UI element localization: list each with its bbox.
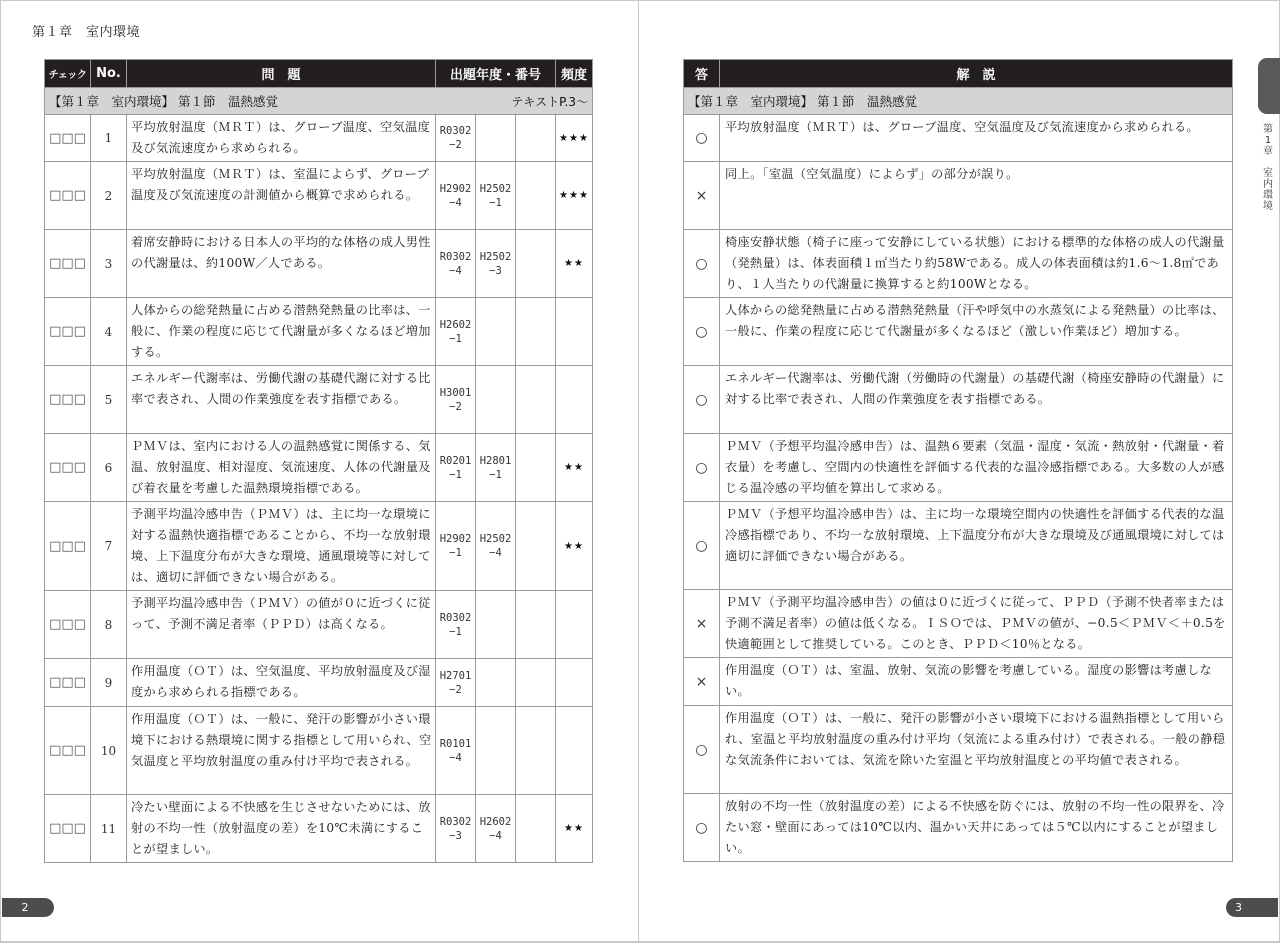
question-text: 作用温度（ＯＴ）は、一般に、発汗の影響が小さい環境下における熱環境に関する指標と… bbox=[127, 707, 436, 795]
question-number: 11 bbox=[91, 795, 127, 863]
header-year: 出題年度・番号 bbox=[436, 60, 556, 88]
question-text: 着席安静時における日本人の平均的な体格の成人男性の代謝量は、約100W／人である… bbox=[127, 230, 436, 298]
frequency-stars bbox=[556, 707, 593, 795]
question-row: □□□1平均放射温度（ＭＲＴ）は、グローブ温度、空気温度及び気流速度から求められ… bbox=[45, 115, 593, 162]
question-text: 作用温度（ＯＴ）は、空気温度、平均放射温度及び湿度から求められる指標である。 bbox=[127, 659, 436, 707]
answer-mark: ○ bbox=[684, 794, 720, 862]
question-row: □□□5エネルギー代謝率は、労働代謝の基礎代謝に対する比率で表され、人間の作業強… bbox=[45, 366, 593, 434]
exam-year-code bbox=[516, 162, 556, 230]
question-row: □□□2平均放射温度（ＭＲＴ）は、室温によらず、グローブ温度及び気流速度の計測値… bbox=[45, 162, 593, 230]
answer-mark: × bbox=[684, 162, 720, 230]
exam-year-code: H2701−2 bbox=[436, 659, 476, 707]
exam-year-code: H3001−2 bbox=[436, 366, 476, 434]
exam-year-code: H2502−1 bbox=[476, 162, 516, 230]
question-row: □□□9作用温度（ＯＴ）は、空気温度、平均放射温度及び湿度から求められる指標であ… bbox=[45, 659, 593, 707]
section-row: 【第１章 室内環境】 第１節 温熱感覚 テキストP.3～ bbox=[45, 88, 593, 115]
exam-year-code: H2902−4 bbox=[436, 162, 476, 230]
exam-year-code: R0302−2 bbox=[436, 115, 476, 162]
chapter-index-char bbox=[1260, 157, 1276, 168]
explanation-text: エネルギー代謝率は、労働代謝（労働時の代謝量）の基礎代謝（椅座安静時の代謝量）に… bbox=[720, 366, 1233, 434]
explanation-text: 作用温度（ＯＴ）は、一般に、発汗の影響が小さい環境下における温熱指標として用いら… bbox=[720, 706, 1233, 794]
question-number: 3 bbox=[91, 230, 127, 298]
chapter-index-char: 第 bbox=[1260, 124, 1276, 135]
review-checkboxes[interactable]: □□□ bbox=[45, 502, 91, 591]
answer-row: ○作用温度（ＯＴ）は、一般に、発汗の影響が小さい環境下における温熱指標として用い… bbox=[684, 706, 1233, 794]
question-number: 4 bbox=[91, 298, 127, 366]
question-table: チェック No. 問 題 出題年度・番号 頻度 【第１章 室内環境】 第１節 温… bbox=[44, 59, 593, 863]
section-row: 【第１章 室内環境】 第１節 温熱感覚 bbox=[684, 88, 1233, 115]
answer-row: ○椅座安静状態（椅子に座って安静にしている状態）における標準的な体格の成人の代謝… bbox=[684, 230, 1233, 298]
section-title: 【第１章 室内環境】 第１節 温熱感覚 bbox=[49, 92, 278, 110]
exam-year-code: R0101−4 bbox=[436, 707, 476, 795]
answer-row: ×ＰＭＶ（予測平均温冷感申告）の値は０に近づくに従って、ＰＰＤ（予測不快者率また… bbox=[684, 590, 1233, 658]
question-row: □□□10作用温度（ＯＴ）は、一般に、発汗の影響が小さい環境下における熱環境に関… bbox=[45, 707, 593, 795]
text-reference: テキストP.3～ bbox=[511, 93, 588, 110]
answer-mark: ○ bbox=[684, 706, 720, 794]
exam-year-code bbox=[516, 502, 556, 591]
explanation-text: 椅座安静状態（椅子に座って安静にしている状態）における標準的な体格の成人の代謝量… bbox=[720, 230, 1233, 298]
exam-year-code: H2602−4 bbox=[476, 795, 516, 863]
question-number: 6 bbox=[91, 434, 127, 502]
question-row: □□□7予測平均温冷感申告（ＰＭＶ）は、主に均一な環境に対する温熱快適指標である… bbox=[45, 502, 593, 591]
answer-mark: ○ bbox=[684, 434, 720, 502]
chapter-index-char: 章 bbox=[1260, 146, 1276, 157]
header-no: No. bbox=[91, 60, 127, 88]
question-number: 10 bbox=[91, 707, 127, 795]
frequency-stars bbox=[556, 298, 593, 366]
exam-year-code bbox=[516, 298, 556, 366]
frequency-stars: ★★★ bbox=[556, 162, 593, 230]
exam-year-code bbox=[516, 434, 556, 502]
explanation-text: ＰＭＶ（予想平均温冷感申告）は、温熱６要素（気温・湿度・気流・熱放射・代謝量・着… bbox=[720, 434, 1233, 502]
exam-year-code: H2902−1 bbox=[436, 502, 476, 591]
frequency-stars bbox=[556, 659, 593, 707]
exam-year-code bbox=[516, 591, 556, 659]
answer-table-header: 答 解 説 bbox=[684, 60, 1233, 88]
question-text: 人体からの総発熱量に占める潜熱発熱量の比率は、一般に、作業の程度に応じて代謝量が… bbox=[127, 298, 436, 366]
exam-year-code: R0302−4 bbox=[436, 230, 476, 298]
chapter-index-char: 室 bbox=[1260, 168, 1276, 179]
question-row: □□□8予測平均温冷感申告（ＰＭＶ）の値が０に近づくに従って、予測不満足者率（Ｐ… bbox=[45, 591, 593, 659]
section-title: 【第１章 室内環境】 第１節 温熱感覚 bbox=[688, 92, 917, 110]
frequency-stars: ★★ bbox=[556, 502, 593, 591]
exam-year-code bbox=[476, 591, 516, 659]
review-checkboxes[interactable]: □□□ bbox=[45, 230, 91, 298]
exam-year-code: H2801−1 bbox=[476, 434, 516, 502]
question-row: □□□3着席安静時における日本人の平均的な体格の成人男性の代謝量は、約100W／… bbox=[45, 230, 593, 298]
frequency-stars: ★★ bbox=[556, 434, 593, 502]
question-text: 予測平均温冷感申告（ＰＭＶ）は、主に均一な環境に対する温熱快適指標であることから… bbox=[127, 502, 436, 591]
header-explanation: 解 説 bbox=[720, 60, 1233, 88]
answer-row: ×作用温度（ＯＴ）は、室温、放射、気流の影響を考慮している。湿度の影響は考慮しな… bbox=[684, 658, 1233, 706]
chapter-index-label: 第1章室内環境 bbox=[1260, 124, 1276, 212]
review-checkboxes[interactable]: □□□ bbox=[45, 591, 91, 659]
frequency-stars: ★★ bbox=[556, 795, 593, 863]
question-row: □□□4人体からの総発熱量に占める潜熱発熱量の比率は、一般に、作業の程度に応じて… bbox=[45, 298, 593, 366]
answer-row: ×同上。「室温（空気温度）によらず」の部分が誤り。 bbox=[684, 162, 1233, 230]
exam-year-code: R0302−1 bbox=[436, 591, 476, 659]
answer-row: ○平均放射温度（ＭＲＴ）は、グローブ温度、空気温度及び気流速度から求められる。 bbox=[684, 115, 1233, 162]
book-spine-divider bbox=[638, 0, 639, 943]
exam-year-code bbox=[476, 298, 516, 366]
exam-year-code bbox=[516, 230, 556, 298]
explanation-text: 作用温度（ＯＴ）は、室温、放射、気流の影響を考慮している。湿度の影響は考慮しない… bbox=[720, 658, 1233, 706]
header-check: チェック bbox=[45, 60, 91, 88]
answer-mark: ○ bbox=[684, 366, 720, 434]
exam-year-code bbox=[516, 795, 556, 863]
review-checkboxes[interactable]: □□□ bbox=[45, 659, 91, 707]
explanation-text: 人体からの総発熱量に占める潜熱発熱量（汗や呼気中の水蒸気による発熱量）の比率は、… bbox=[720, 298, 1233, 366]
answer-mark: ○ bbox=[684, 298, 720, 366]
frequency-stars: ★★ bbox=[556, 230, 593, 298]
question-row: □□□6ＰＭＶは、室内における人の温熱感覚に関係する、気温、放射温度、相対湿度、… bbox=[45, 434, 593, 502]
chapter-index-tab[interactable] bbox=[1258, 58, 1280, 114]
question-table-header: チェック No. 問 題 出題年度・番号 頻度 bbox=[45, 60, 593, 88]
frequency-stars bbox=[556, 366, 593, 434]
question-text: 冷たい壁面による不快感を生じさせないためには、放射の不均一性（放射温度の差）を1… bbox=[127, 795, 436, 863]
question-row: □□□11冷たい壁面による不快感を生じさせないためには、放射の不均一性（放射温度… bbox=[45, 795, 593, 863]
header-question: 問 題 bbox=[127, 60, 436, 88]
explanation-text: 同上。「室温（空気温度）によらず」の部分が誤り。 bbox=[720, 162, 1233, 230]
answer-row: ○ＰＭＶ（予想平均温冷感申告）は、温熱６要素（気温・湿度・気流・熱放射・代謝量・… bbox=[684, 434, 1233, 502]
question-number: 2 bbox=[91, 162, 127, 230]
exam-year-code: R0302−3 bbox=[436, 795, 476, 863]
answer-mark: ○ bbox=[684, 230, 720, 298]
explanation-text: ＰＭＶ（予測平均温冷感申告）の値は０に近づくに従って、ＰＰＤ（予測不快者率または… bbox=[720, 590, 1233, 658]
question-text: 平均放射温度（ＭＲＴ）は、室温によらず、グローブ温度及び気流速度の計測値から概算… bbox=[127, 162, 436, 230]
answer-row: ○エネルギー代謝率は、労働代謝（労働時の代謝量）の基礎代謝（椅座安静時の代謝量）… bbox=[684, 366, 1233, 434]
answer-row: ○ＰＭＶ（予想平均温冷感申告）は、主に均一な環境空間内の快適性を評価する代表的な… bbox=[684, 502, 1233, 590]
frequency-stars: ★★★ bbox=[556, 115, 593, 162]
question-number: 1 bbox=[91, 115, 127, 162]
exam-year-code bbox=[476, 115, 516, 162]
exam-year-code: R0201−1 bbox=[436, 434, 476, 502]
chapter-index-char: 内 bbox=[1260, 179, 1276, 190]
explanation-text: 平均放射温度（ＭＲＴ）は、グローブ温度、空気温度及び気流速度から求められる。 bbox=[720, 115, 1233, 162]
answer-mark: × bbox=[684, 658, 720, 706]
chapter-heading: 第１章 室内環境 bbox=[32, 21, 140, 40]
question-text: ＰＭＶは、室内における人の温熱感覚に関係する、気温、放射温度、相対湿度、気流速度… bbox=[127, 434, 436, 502]
review-checkboxes[interactable]: □□□ bbox=[45, 434, 91, 502]
page-number-left: 2 bbox=[2, 898, 54, 917]
exam-year-code: H2602−1 bbox=[436, 298, 476, 366]
exam-year-code bbox=[516, 115, 556, 162]
exam-year-code: H2502−3 bbox=[476, 230, 516, 298]
review-checkboxes[interactable]: □□□ bbox=[45, 707, 91, 795]
exam-year-code: H2502−4 bbox=[476, 502, 516, 591]
review-checkboxes[interactable]: □□□ bbox=[45, 298, 91, 366]
answer-row: ○人体からの総発熱量に占める潜熱発熱量（汗や呼気中の水蒸気による発熱量）の比率は… bbox=[684, 298, 1233, 366]
chapter-index-char: 環 bbox=[1260, 190, 1276, 201]
question-number: 7 bbox=[91, 502, 127, 591]
exam-year-code bbox=[476, 366, 516, 434]
review-checkboxes[interactable]: □□□ bbox=[45, 162, 91, 230]
question-text: エネルギー代謝率は、労働代謝の基礎代謝に対する比率で表され、人間の作業強度を表す… bbox=[127, 366, 436, 434]
chapter-index-char: 境 bbox=[1260, 201, 1276, 212]
question-number: 8 bbox=[91, 591, 127, 659]
answer-mark: ○ bbox=[684, 502, 720, 590]
review-checkboxes[interactable]: □□□ bbox=[45, 115, 91, 162]
answer-table: 答 解 説 【第１章 室内環境】 第１節 温熱感覚 ○平均放射温度（ＭＲＴ）は、… bbox=[683, 59, 1233, 862]
exam-year-code bbox=[516, 707, 556, 795]
explanation-text: ＰＭＶ（予想平均温冷感申告）は、主に均一な環境空間内の快適性を評価する代表的な温… bbox=[720, 502, 1233, 590]
exam-year-code bbox=[476, 659, 516, 707]
review-checkboxes[interactable]: □□□ bbox=[45, 795, 91, 863]
frequency-stars bbox=[556, 591, 593, 659]
question-number: 9 bbox=[91, 659, 127, 707]
exam-year-code bbox=[516, 659, 556, 707]
question-text: 予測平均温冷感申告（ＰＭＶ）の値が０に近づくに従って、予測不満足者率（ＰＰＤ）は… bbox=[127, 591, 436, 659]
answer-mark: × bbox=[684, 590, 720, 658]
review-checkboxes[interactable]: □□□ bbox=[45, 366, 91, 434]
page-number-right: 3 bbox=[1226, 898, 1278, 917]
exam-year-code bbox=[516, 366, 556, 434]
question-number: 5 bbox=[91, 366, 127, 434]
answer-row: ○放射の不均一性（放射温度の差）による不快感を防ぐには、放射の不均一性の限界を、… bbox=[684, 794, 1233, 862]
exam-year-code bbox=[476, 707, 516, 795]
header-frequency: 頻度 bbox=[556, 60, 593, 88]
header-answer: 答 bbox=[684, 60, 720, 88]
answer-mark: ○ bbox=[684, 115, 720, 162]
chapter-index-char: 1 bbox=[1260, 135, 1276, 146]
question-text: 平均放射温度（ＭＲＴ）は、グローブ温度、空気温度及び気流速度から求められる。 bbox=[127, 115, 436, 162]
explanation-text: 放射の不均一性（放射温度の差）による不快感を防ぐには、放射の不均一性の限界を、冷… bbox=[720, 794, 1233, 862]
